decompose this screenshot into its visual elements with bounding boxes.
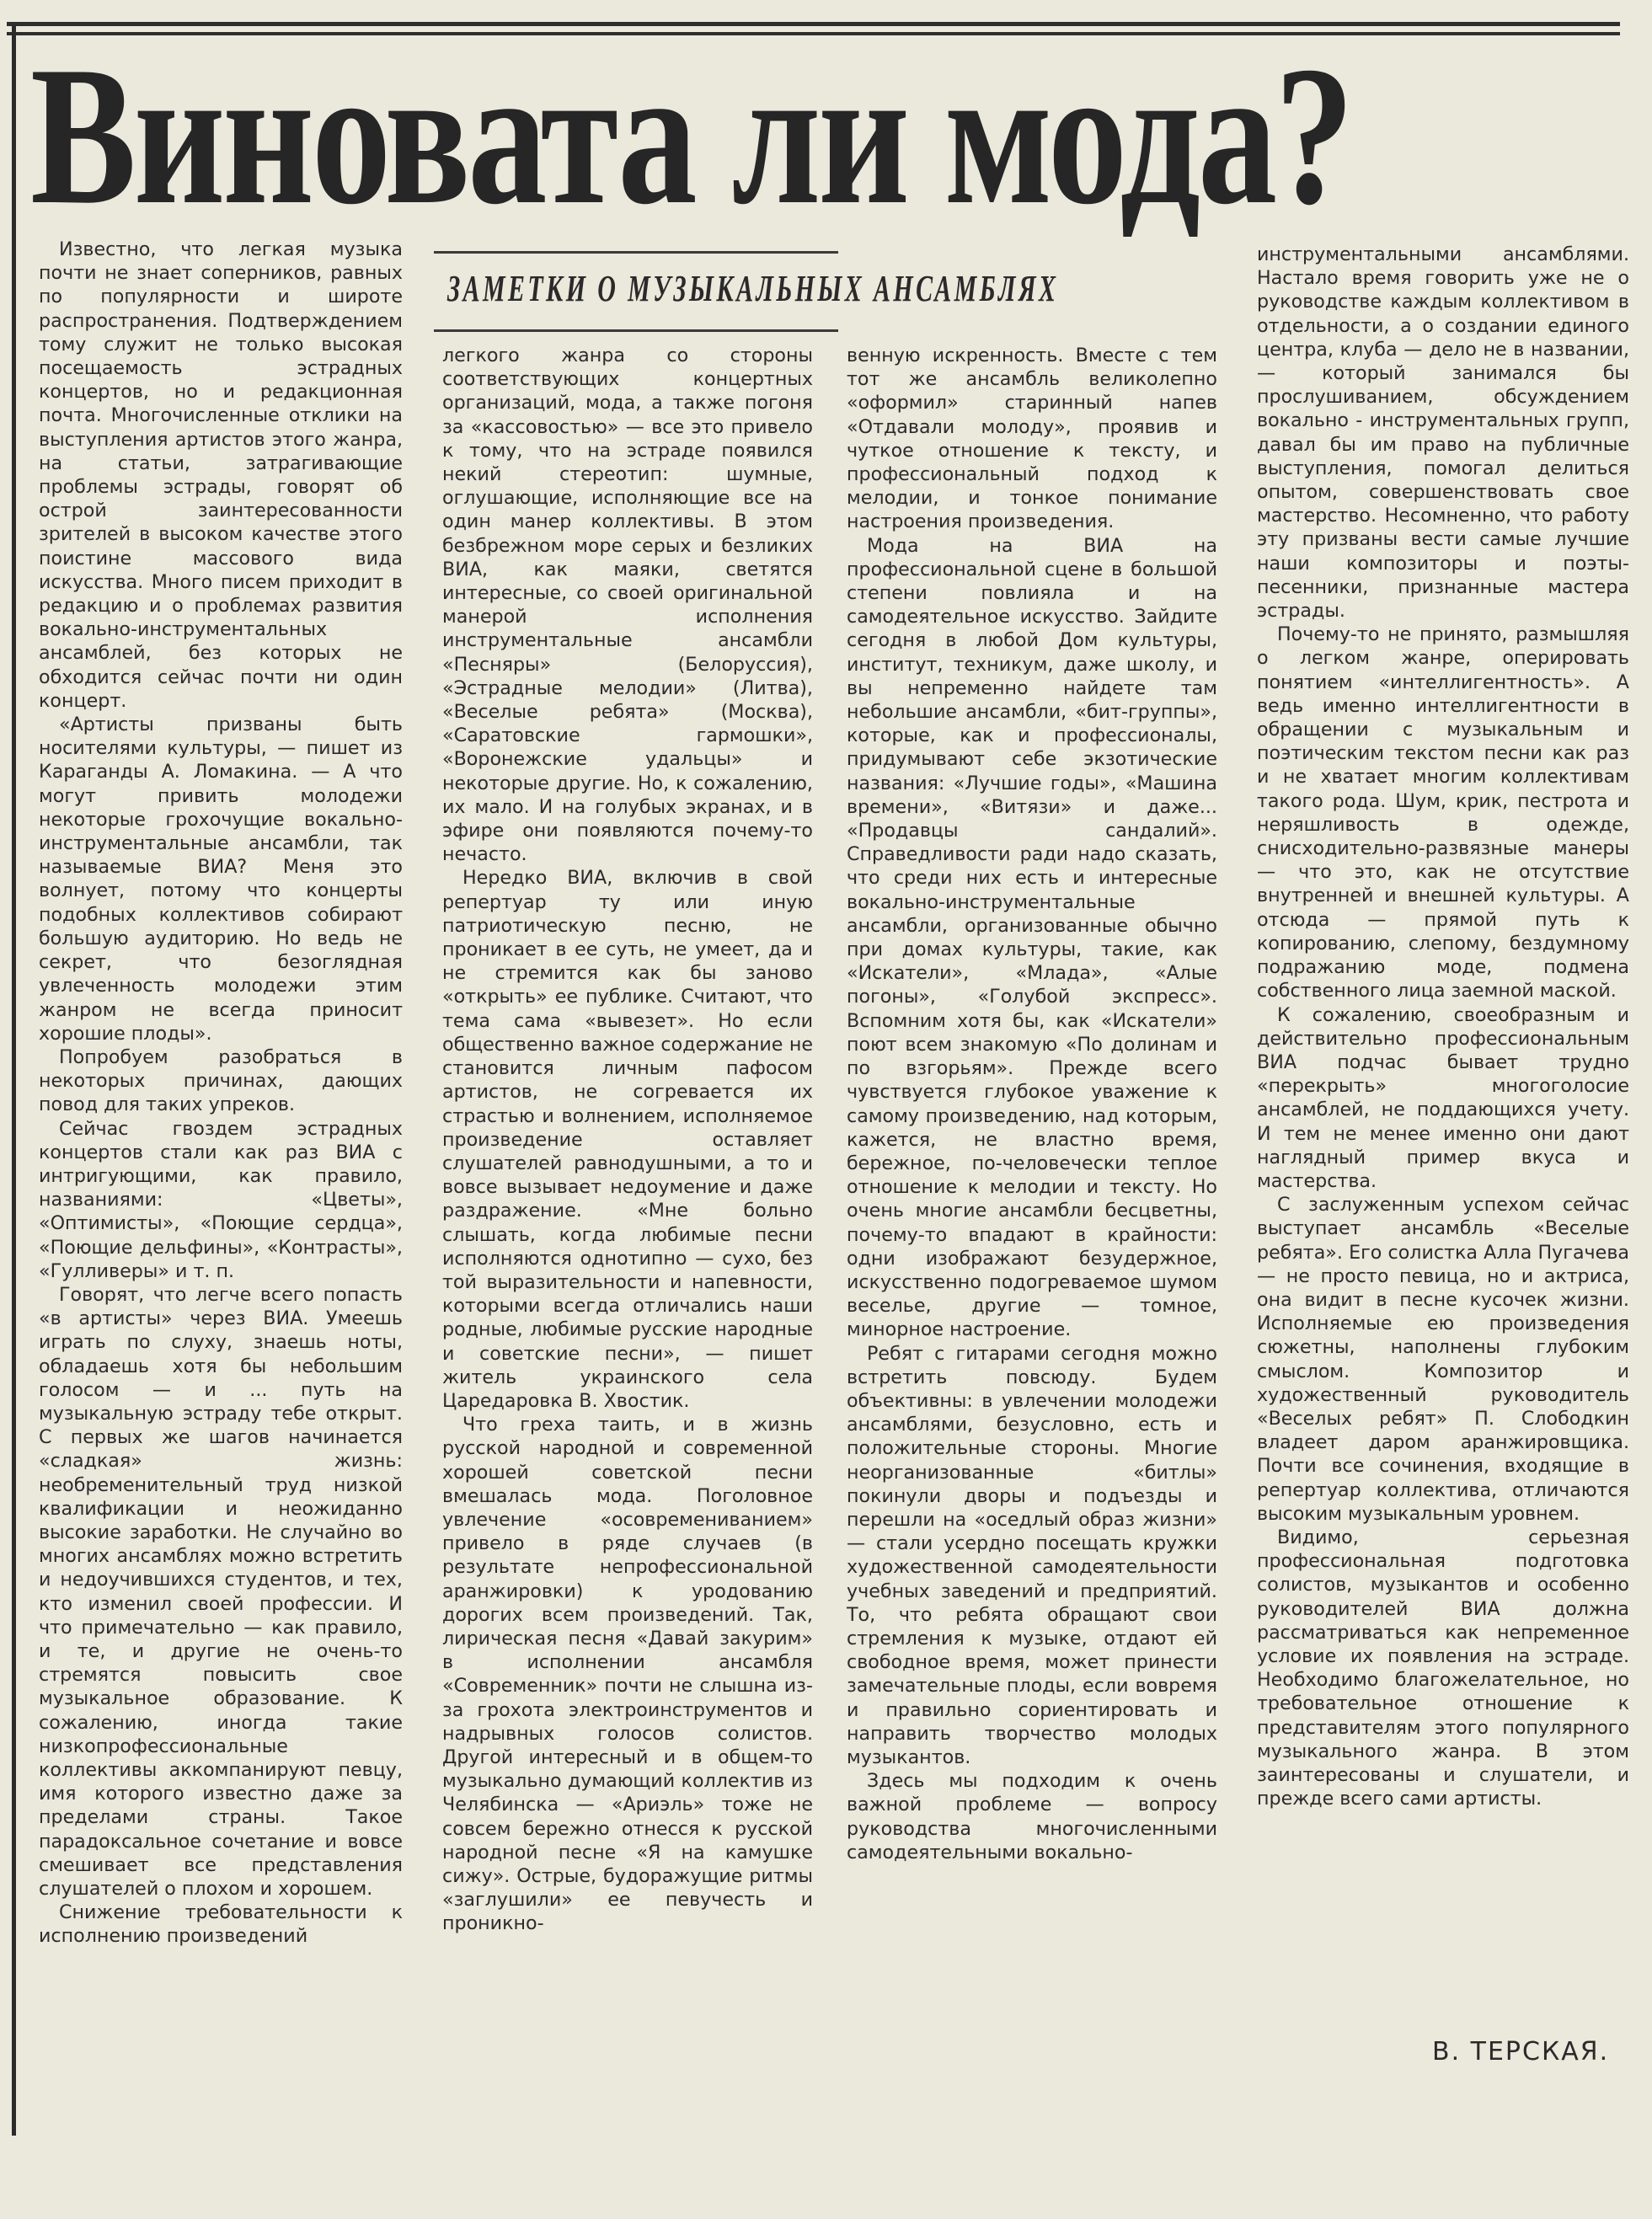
paragraph: легкого жанра со стороны соответствующих… xyxy=(442,344,813,866)
subheadline: ЗАМЕТКИ О МУЗЫКАЛЬНЫХ АНСАМБЛЯХ xyxy=(447,267,1058,310)
paragraph: «Артисты призваны быть носителями культу… xyxy=(39,713,403,1045)
article-column-1: Известно, что легкая музыка почти не зна… xyxy=(39,238,403,1949)
paragraph: Мода на ВИА на профессиональной сцене в … xyxy=(847,534,1217,1342)
headline: Виновата ли мода? xyxy=(30,52,1324,229)
paragraph: Сейчас гвоздем эстрадных концертов стали… xyxy=(39,1117,403,1283)
paragraph: Нередко ВИА, включив в свой репертуар ту… xyxy=(442,866,813,1413)
subheadline-rule-top xyxy=(434,251,838,254)
article-column-2: легкого жанра со стороны соответствующих… xyxy=(442,344,813,1936)
newspaper-page: Виновата ли мода? ЗАМЕТКИ О МУЗЫКАЛЬНЫХ … xyxy=(0,0,1652,2219)
paragraph: Снижение требовательности к исполнению п… xyxy=(39,1901,403,1948)
paragraph: Почему-то не принято, размышляя о легком… xyxy=(1257,623,1629,1003)
paragraph: Говорят, что легче всего попасть «в арти… xyxy=(39,1283,403,1901)
author-signature: В. ТЕРСКАЯ. xyxy=(1432,2037,1609,2067)
paragraph: инструментальными ансамблями. Настало вр… xyxy=(1257,243,1629,623)
subheadline-box: ЗАМЕТКИ О МУЗЫКАЛЬНЫХ АНСАМБЛЯХ xyxy=(434,249,838,337)
left-column-border xyxy=(12,25,16,2136)
paragraph: Известно, что легкая музыка почти не зна… xyxy=(39,238,403,713)
subheadline-rule-bottom xyxy=(434,329,838,332)
paragraph: С заслуженным успехом сейчас выступает а… xyxy=(1257,1193,1629,1526)
article-column-4: инструментальными ансамблями. Настало вр… xyxy=(1257,243,1629,1810)
paragraph: Что греха таить, и в жизнь русской народ… xyxy=(442,1413,813,1935)
paragraph: Видимо, серьезная профессиональная подго… xyxy=(1257,1526,1629,1810)
article-column-3: венную искренность. Вместе с тем тот же … xyxy=(847,344,1217,1864)
paragraph: Ребят с гитарами сегодня можно встретить… xyxy=(847,1342,1217,1770)
paragraph: Здесь мы подходим к очень важной проблем… xyxy=(847,1769,1217,1864)
paragraph: венную искренность. Вместе с тем тот же … xyxy=(847,344,1217,534)
paragraph: К сожалению, своеобразным и действительн… xyxy=(1257,1003,1629,1194)
paragraph: Попробуем разобраться в некоторых причин… xyxy=(39,1045,403,1117)
